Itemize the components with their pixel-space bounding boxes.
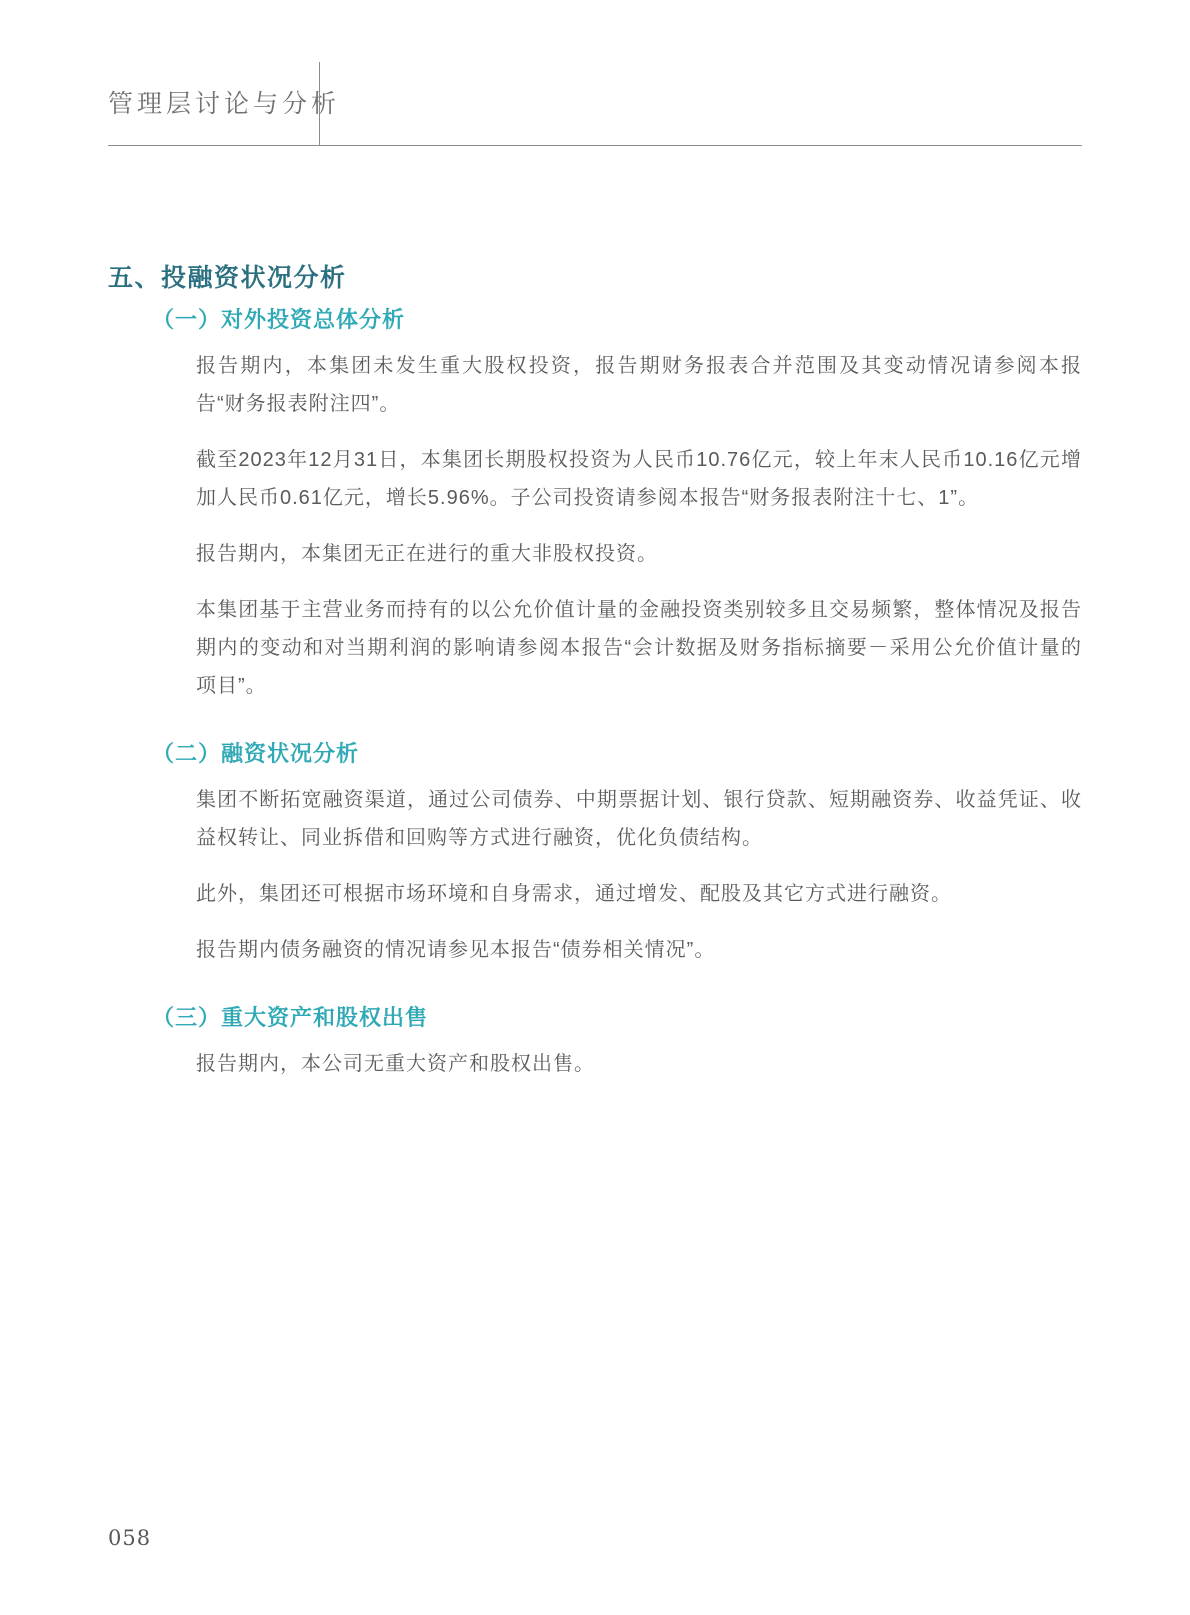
header-vertical-divider [319,62,320,146]
paragraph: 集团不断拓宽融资渠道，通过公司债券、中期票据计划、银行贷款、短期融资券、收益凭证… [196,781,1082,857]
report-page: 管理层讨论与分析 五、投融资状况分析 （一）对外投资总体分析 报告期内，本集团未… [0,0,1190,1615]
header-horizontal-rule [108,145,1082,146]
subsection-external-investment: （一）对外投资总体分析 报告期内，本集团未发生重大股权投资，报告期财务报表合并范… [108,307,1082,705]
paragraph: 报告期内，本集团无正在进行的重大非股权投资。 [196,535,1082,573]
paragraph: 报告期内债务融资的情况请参见本报告“债券相关情况”。 [196,931,1082,969]
subsection-financing: （二）融资状况分析 集团不断拓宽融资渠道，通过公司债券、中期票据计划、银行贷款、… [108,741,1082,969]
paragraph: 此外，集团还可根据市场环境和自身需求，通过增发、配股及其它方式进行融资。 [196,875,1082,913]
subsection-title-external-investment: （一）对外投资总体分析 [152,307,1082,333]
page-number: 058 [108,1526,151,1550]
header-title: 管理层讨论与分析 [108,84,340,120]
paragraph: 截至2023年12月31日，本集团长期股权投资为人民币10.76亿元，较上年末人… [196,441,1082,517]
paragraph: 报告期内，本集团未发生重大股权投资，报告期财务报表合并范围及其变动情况请参阅本报… [196,347,1082,423]
subsection-title-asset-equity-sale: （三）重大资产和股权出售 [152,1005,1082,1031]
content-area: 五、投融资状况分析 （一）对外投资总体分析 报告期内，本集团未发生重大股权投资，… [108,264,1082,1101]
subsection-title-financing: （二）融资状况分析 [152,741,1082,767]
subsection-asset-equity-sale: （三）重大资产和股权出售 报告期内，本公司无重大资产和股权出售。 [108,1005,1082,1083]
paragraph: 报告期内，本公司无重大资产和股权出售。 [196,1045,1082,1083]
paragraph: 本集团基于主营业务而持有的以公允价值计量的金融投资类别较多且交易频繁，整体情况及… [196,591,1082,705]
section-title: 五、投融资状况分析 [108,264,1082,293]
